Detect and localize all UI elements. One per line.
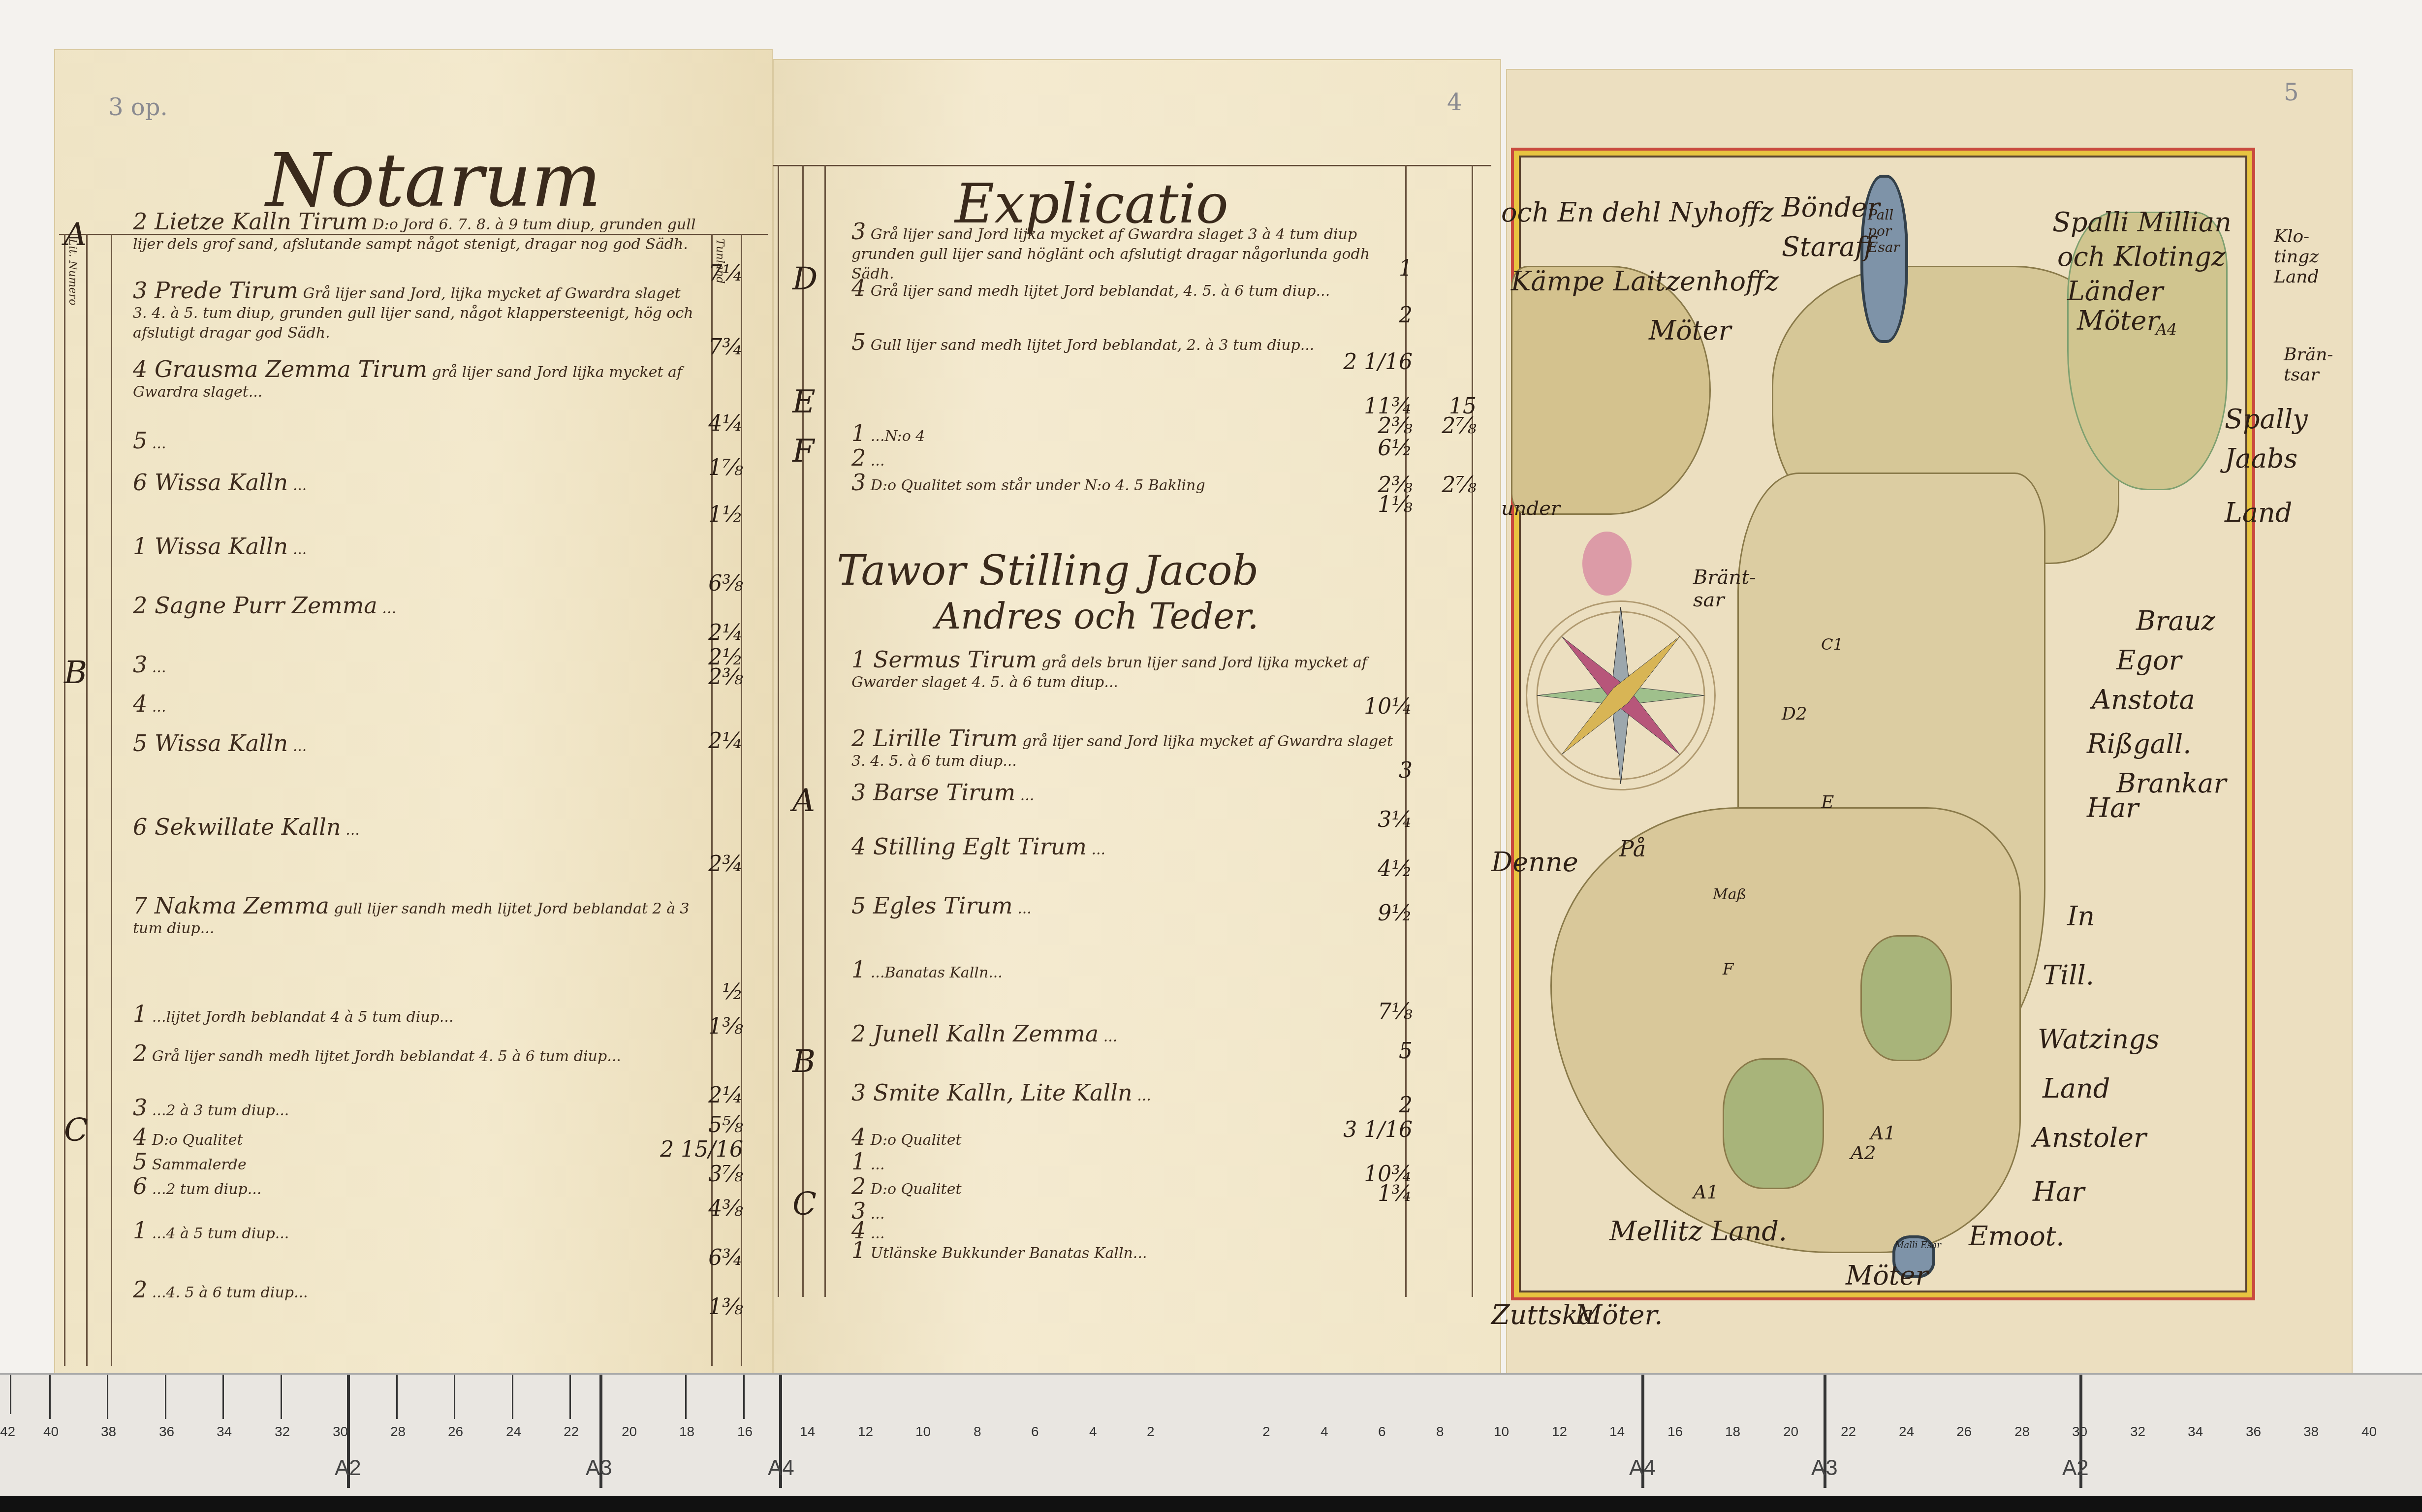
ruler-tick-label: 28 (2014, 1424, 2030, 1440)
map-label: På (1619, 837, 1646, 862)
map-label: Bränt-sar (1693, 566, 1752, 611)
area-value: 3 1/16 (1343, 1117, 1413, 1142)
ruler-tick-label: 36 (159, 1424, 174, 1440)
area-value: 2 (1399, 303, 1413, 328)
section-letter: C (792, 1186, 817, 1223)
area-value: 7¼ (708, 261, 743, 286)
header-rule (773, 165, 1491, 166)
ledger-entry: 1 ...4 à 5 tum diup... (133, 1221, 699, 1244)
ruler-tick-label: 40 (2361, 1424, 2377, 1440)
map-label: Emoot. (1969, 1221, 2065, 1252)
map-label: Möter (2077, 305, 2159, 336)
parcel-code: F (1723, 960, 1733, 978)
ruler-tick-label: 12 (858, 1424, 873, 1440)
area-value: 1⅜ (708, 1014, 743, 1039)
ledger-entry: 2 Lietze Kalln Tirum D:o Jord 6. 7. 8. à… (133, 212, 699, 254)
map-label: Pall por Esar (1868, 207, 1892, 255)
area-value: 2 (1399, 1093, 1413, 1118)
column-rule (64, 234, 65, 1366)
ruler-tick-label: 16 (1667, 1424, 1683, 1440)
map-label: Jaabs (2225, 443, 2297, 474)
map-label: Staraff (1782, 231, 1874, 262)
ruler-tick-label: 18 (1725, 1424, 1740, 1440)
map-label: In (2067, 901, 2095, 932)
map-label: Egor (2116, 645, 2181, 676)
ledger-entry: 1 ... (851, 1152, 1393, 1175)
ledger-entry: 6 Sekwillate Kalln ... (133, 817, 699, 840)
ruler-tick-label: 2 (1262, 1424, 1270, 1440)
ledger-entry: 5 Wissa Kalln ... (133, 733, 699, 756)
ledger-entry: 3 Prede Tirum Grå lijer sand Jord, lijka… (133, 281, 699, 343)
ruler-tick (685, 1375, 687, 1419)
section-letter: A (64, 217, 87, 253)
map-label: Anstota (2092, 684, 2195, 715)
ruler-tick-label: 38 (2303, 1424, 2319, 1440)
map-label: och En dehl Nyhoffz (1501, 197, 1774, 228)
map-land-northwest (1511, 266, 1711, 515)
ledger-entry: 2 ...4. 5 à 6 tum diup... (133, 1280, 699, 1303)
ruler-tick (49, 1375, 51, 1419)
map-label: Anstoler (2033, 1122, 2146, 1153)
column-rule (824, 165, 826, 1297)
map-label: Land (2043, 1073, 2110, 1104)
ledger-entry: 4 Stilling Eglt Tirum ... (851, 837, 1393, 860)
ruler-tick-label: 42 (0, 1424, 15, 1440)
column-rule (778, 165, 779, 1297)
fleur-de-lis-icon (1582, 532, 1632, 596)
ruler-tick (512, 1375, 513, 1419)
map-label: Har (2087, 792, 2139, 823)
column-rule (86, 234, 88, 1366)
paper-size-label: A3 (1811, 1456, 1838, 1480)
parcel-code: Maß (1713, 886, 1747, 903)
ledger-entry: 1 ...N:o 4 (851, 423, 1393, 446)
ruler-tick-label: 26 (1956, 1424, 1972, 1440)
paper-size-label: A2 (2062, 1456, 2089, 1480)
area-total: 2⅞ (1442, 413, 1477, 439)
parcel-code: D2 (1782, 704, 1807, 724)
pencil-page-note: 5 (2284, 79, 2299, 106)
area-value: 3¼ (1378, 807, 1413, 832)
area-value: 6⅜ (708, 571, 743, 596)
parcel-code: C1 (1821, 635, 1843, 654)
area-value: 10¼ (1364, 694, 1413, 719)
section-heading: Tawor Stilling Jacob (837, 546, 1258, 595)
section-letter: B (792, 1043, 816, 1080)
section-heading: Andres och Teder. (935, 596, 1258, 637)
paper-size-label: A3 (586, 1456, 612, 1480)
ledger-entry: 4 ... (133, 694, 699, 717)
middle-manuscript-page: 4 Explicatio D E F A B C 3 Grå lijer san… (773, 59, 1501, 1383)
ledger-entry: 3 ...2 à 3 tum diup... (133, 1098, 699, 1121)
column-rule (802, 165, 804, 1297)
ruler-tick (454, 1375, 455, 1419)
paper-size-label: A4 (768, 1456, 794, 1480)
area-value: 9½ (1378, 901, 1413, 926)
ledger-entry: 1 ...Banatas Kalln... (851, 960, 1393, 983)
area-value: ½ (722, 979, 743, 1005)
compass-rose-icon (1526, 600, 1716, 790)
ledger-entry: 1 Wissa Kalln ... (133, 536, 699, 560)
ledger-entry: 6 ...2 tum diup... (133, 1176, 699, 1199)
ruler-tick-label: 18 (679, 1424, 694, 1440)
ruler-tick-label: 8 (1436, 1424, 1444, 1440)
map-label: Malli Esar (1895, 1240, 1941, 1251)
ledger-entry: 1 Sermus Tirum grå dels brun lijer sand … (851, 650, 1393, 693)
ruler-tick-label: 4 (1089, 1424, 1097, 1440)
map-label: under (1501, 497, 1560, 520)
ruler-tick-label: 14 (1609, 1424, 1625, 1440)
map-label: Möter (1649, 315, 1731, 346)
ruler-tick-label: 20 (622, 1424, 637, 1440)
ledger-entry: 2 ... (851, 448, 1393, 471)
ruler-tick-label: 34 (2188, 1424, 2203, 1440)
area-value: 5⅝ (708, 1112, 743, 1137)
area-value: 1⅛ (1378, 492, 1413, 517)
paper-size-label: A2 (335, 1456, 361, 1480)
ledger-entry: 2 Lirille Tirum grå lijer sand Jord lijk… (851, 728, 1393, 771)
ruler-tick (281, 1375, 282, 1419)
ledger-entry: 1 Utlänske Bukkunder Banatas Kalln... (851, 1240, 1393, 1263)
map-label: Spally (2225, 404, 2308, 435)
ruler-tick-label: 30 (333, 1424, 348, 1440)
map-label: Watzings (2038, 1024, 2159, 1055)
section-letter: C (64, 1112, 88, 1149)
ledger-entry: 2 Sagne Purr Zemma ... (133, 596, 699, 619)
ruler-tick-label: 20 (1783, 1424, 1798, 1440)
ledger-entry: 5 Egles Tirum ... (851, 896, 1393, 919)
parcel-code: A2 (1851, 1142, 1876, 1164)
ruler-tick (165, 1375, 166, 1419)
ruler-tick-label: 24 (506, 1424, 521, 1440)
map-label: Bönder (1782, 192, 1880, 223)
measurement-ruler: 42 40 38 36 34 32 30 28 26 24 22 20 18 1… (0, 1373, 2422, 1498)
area-value: 4¼ (708, 411, 743, 436)
ledger-entry: 6 Wissa Kalln ... (133, 472, 699, 496)
map-label: Till. (2043, 960, 2094, 991)
ledger-entry: 7 Nakma Zemma gull lijer sandh medh lijt… (133, 896, 699, 939)
ledger-entry: 2 Grå lijer sandh medh lijtet Jordh bebl… (133, 1043, 699, 1067)
map-label: Möter (1846, 1260, 1928, 1291)
area-total: 2⅞ (1442, 472, 1477, 498)
ledger-entry: 3 D:o Qualitet som står under N:o 4. 5 B… (851, 472, 1393, 496)
map-label: Har (2033, 1176, 2084, 1207)
ledger-entry: 4 Grå lijer sand medh lijtet Jord beblan… (851, 278, 1393, 301)
area-value: 5 (1399, 1039, 1413, 1064)
ledger-entry: 4 D:o Qualitet (851, 1127, 1393, 1150)
parcel-code: E (1821, 792, 1834, 813)
ruler-tick-label: 22 (1841, 1424, 1856, 1440)
ruler-tick (107, 1375, 108, 1419)
area-value: 1⅜ (708, 1294, 743, 1320)
section-letter: D (792, 261, 818, 297)
section-letter: B (64, 655, 87, 691)
ruler-tick-label: 10 (915, 1424, 931, 1440)
pencil-page-note: 3 op. (108, 94, 168, 121)
ledger-entry: 3 Smite Kalln, Lite Kalln ... (851, 1083, 1393, 1106)
paper-size-label: A4 (1629, 1456, 1656, 1480)
area-value: 2¼ (708, 620, 743, 645)
left-manuscript-page: 3 op. Notarum Lit. Numero Tunland A B C … (54, 49, 773, 1378)
ledger-entry: 4 D:o Qualitet (133, 1127, 699, 1150)
ledger-entry: 2 D:o Qualitet (851, 1176, 1393, 1199)
ledger-entry: 5 ... (133, 431, 699, 454)
ledger-entry: 3 ... (133, 655, 699, 678)
area-value: 1 (1399, 256, 1413, 281)
area-value: 3 (1399, 758, 1413, 783)
area-value: 1½ (708, 502, 743, 527)
map-label: Land (2225, 497, 2292, 528)
area-value: 2¼ (708, 1083, 743, 1108)
map-label: Kämpe Laitzenhoffz (1511, 266, 1779, 297)
pencil-page-note: 4 (1447, 89, 1462, 116)
area-value: 6½ (1378, 436, 1413, 461)
ruler-tick-label: 30 (2072, 1424, 2087, 1440)
map-meadow (1860, 935, 1952, 1061)
map-label: Rißgall. (2087, 728, 2191, 759)
ruler-tick-label: 4 (1321, 1424, 1328, 1440)
ruler-tick-label: 32 (275, 1424, 290, 1440)
ledger-entry: 4 Grausma Zemma Tirum grå lijer sand Jor… (133, 359, 699, 402)
ruler-tick-label: 12 (1552, 1424, 1567, 1440)
area-value: 2¾ (708, 851, 743, 877)
map-label: Denne (1491, 847, 1578, 878)
map-label: Spalli Millian (2052, 207, 2232, 238)
section-letter: A (792, 783, 815, 819)
area-value: 7⅛ (1378, 999, 1413, 1024)
ledger-entry: 3 Grå lijer sand Jord lijka mycket af Gw… (851, 221, 1393, 284)
ruler-tick (743, 1375, 745, 1419)
area-value: 6¾ (708, 1245, 743, 1270)
ruler-tick-label: 8 (974, 1424, 981, 1440)
ruler-tick-label: 38 (101, 1424, 116, 1440)
ruler-tick-label: 34 (217, 1424, 232, 1440)
ruler-tick-label: 14 (800, 1424, 815, 1440)
area-value: 3⅞ (708, 1162, 743, 1187)
ruler-tick-label: 26 (448, 1424, 463, 1440)
area-value: 2⅜ (1378, 413, 1413, 439)
column-rule (1472, 165, 1473, 1297)
ruler-tick (396, 1375, 398, 1419)
ruler-tick (569, 1375, 571, 1419)
ruler-tick-label: 24 (1899, 1424, 1914, 1440)
section-letter: F (792, 433, 814, 470)
area-value: 2 1/16 (1343, 349, 1413, 375)
area-value: 7¾ (708, 335, 743, 360)
ruler-tick-label: 10 (1494, 1424, 1509, 1440)
ruler-tick-label: 28 (390, 1424, 406, 1440)
area-value: 1⅞ (708, 455, 743, 480)
section-letter: E (792, 384, 816, 420)
ledger-entry: 5 Sammalerde (133, 1152, 699, 1175)
ruler-tick-label: 2 (1147, 1424, 1155, 1440)
area-value: 4½ (1378, 856, 1413, 882)
map-label: Brauz (2136, 605, 2215, 636)
ruler-tick (222, 1375, 224, 1419)
ledger-entry: 1 ...lijtet Jordh beblandat 4 à 5 tum di… (133, 1004, 699, 1027)
ruler-tick-label: 22 (564, 1424, 579, 1440)
area-value: 4⅜ (708, 1196, 743, 1221)
ruler-tick-label: 32 (2130, 1424, 2145, 1440)
map-meadow (1723, 1058, 1824, 1189)
map-label: Brän-tsar (2284, 345, 2333, 385)
ruler-tick-label: 36 (2246, 1424, 2261, 1440)
parcel-code: A1 (1870, 1122, 1896, 1144)
parcel-code: A1 (1693, 1181, 1719, 1203)
map-label: Mellitz Land. (1609, 1216, 1787, 1247)
ledger-entry: 3 Barse Tirum ... (851, 783, 1393, 806)
ruler-tick-label: 6 (1031, 1424, 1039, 1440)
map-label: Möter. (1575, 1299, 1663, 1330)
column-rule (111, 234, 112, 1366)
ledger-entry: 2 Junell Kalln Zemma ... (851, 1024, 1393, 1047)
scanner-edge (0, 1496, 2422, 1512)
ruler-tick (10, 1375, 11, 1414)
parcel-code: A4 (2156, 320, 2177, 339)
ledger-entry: 5 Gull lijer sand medh lijtet Jord bebla… (851, 332, 1393, 355)
map-label: Klo-tingz Land (2274, 226, 2323, 287)
compass-rose-icon (1527, 602, 1714, 789)
ruler-tick-label: 40 (43, 1424, 59, 1440)
ruler-tick-label: 6 (1378, 1424, 1386, 1440)
ruler-tick-label: 16 (737, 1424, 753, 1440)
map-label: Länder (2067, 276, 2163, 307)
map-label: och Klotingz (2057, 241, 2226, 272)
area-value: 2¼ (708, 728, 743, 754)
area-value: 2⅜ (708, 664, 743, 690)
